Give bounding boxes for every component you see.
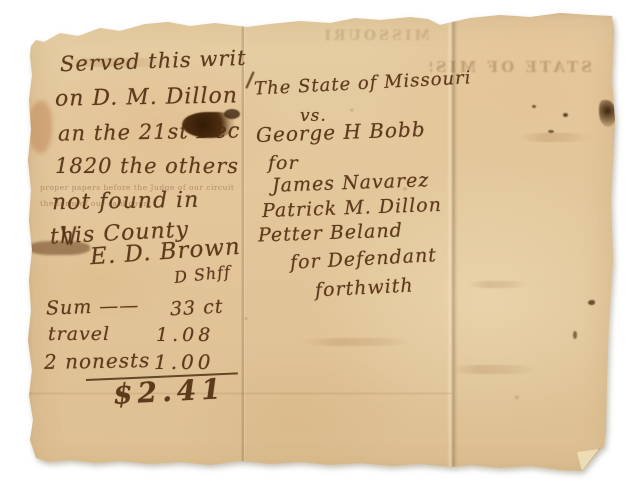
fold-crease-horizontal <box>28 392 452 395</box>
case-line: for <box>268 152 299 174</box>
handwritten-line: on D. M. Dillon <box>55 83 238 111</box>
handwritten-line: Served this writ <box>60 46 247 76</box>
ink-speck <box>573 331 577 339</box>
fee-total: $2.41 <box>112 372 226 411</box>
case-line: Petter Beland <box>258 219 404 246</box>
ink-smear <box>28 241 90 255</box>
ink-speck <box>548 130 554 133</box>
bleedthrough-smudge <box>300 338 412 346</box>
case-line: forthwith <box>314 274 414 301</box>
ink-stain <box>28 101 52 153</box>
case-line: James Navarez <box>272 169 430 196</box>
handwritten-line: 1820 the others <box>55 154 239 178</box>
bleedthrough-smudge <box>520 133 592 142</box>
bleedthrough-middle-header: MISSOURI <box>258 28 430 46</box>
case-line: for Defendant <box>290 244 438 274</box>
ink-blot <box>224 109 240 119</box>
fee-item: 2 nonests <box>44 348 151 374</box>
case-line: The State of Missouri <box>254 67 472 99</box>
ink-speck <box>563 113 568 117</box>
ink-speck <box>532 105 536 108</box>
document-paper: STATE OF MISSOURI MISSOURI proper papers… <box>28 13 617 476</box>
handwritten-line: not found in <box>52 188 200 216</box>
case-line: Patrick M. Dillon <box>262 194 443 222</box>
fee-item: Sum —— <box>46 294 140 319</box>
bleedthrough-smudge <box>468 281 528 288</box>
scan-background: { "page": { "background_color": "#ffffff… <box>0 0 640 497</box>
case-line: George H Bobb <box>256 117 426 147</box>
fee-amount: 33 ct <box>169 296 224 321</box>
signature-title: D Shff <box>173 262 232 287</box>
fold-crease-left <box>241 13 245 476</box>
fee-amount: 1.08 <box>156 324 214 346</box>
fee-item: travel <box>48 323 110 345</box>
document-paper-wrapper: STATE OF MISSOURI MISSOURI proper papers… <box>28 13 617 476</box>
ink-speck <box>318 13 328 17</box>
bleedthrough-smudge <box>450 365 536 374</box>
ink-speck <box>588 300 595 305</box>
fee-amount: 1.00 <box>154 350 215 374</box>
ink-blot <box>599 100 616 127</box>
